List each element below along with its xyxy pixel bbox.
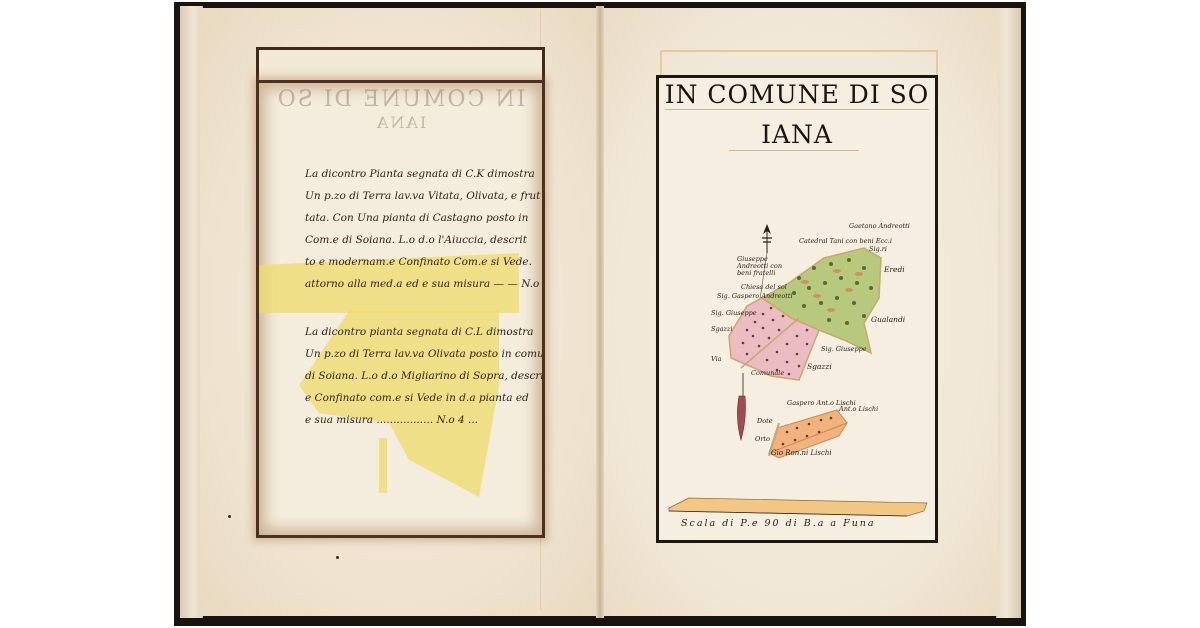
label-dote: Dote	[757, 418, 773, 425]
label-giuseppe-left: Sig. Giuseppe	[711, 310, 757, 317]
label-eredi: Eredi	[884, 266, 905, 273]
label-sig-giuseppe-right: Sig. Giuseppe	[821, 346, 867, 353]
yellow-wash-stem	[379, 438, 387, 493]
label-via: Via	[711, 356, 722, 363]
label-lischi-right: Ant.o Lischi	[839, 406, 878, 413]
manuscript-text-frame: IN COMUNE DI SO IANA La dicontro Pianta …	[256, 80, 545, 538]
label-sgazzi-right: Sgazzi	[807, 363, 832, 370]
entry-1-line: Com.e di Soiana. L.o d.o l'Aiuccia, desc…	[305, 229, 533, 251]
entry-2-line: e Confinato com.e si Vede in d.a pianta …	[305, 387, 533, 409]
estate-map	[659, 78, 935, 540]
entry-2-line: e sua misura ................. N.o 4 ...	[305, 409, 533, 431]
entry-2: La dicontro pianta segnata di C.L dimost…	[305, 321, 533, 431]
label-orto: Orto	[755, 436, 770, 443]
entry-1: La dicontro Pianta segnata di C.K dimost…	[305, 163, 533, 295]
ink-speck	[336, 556, 339, 559]
label-gualandi: Gualandi	[871, 316, 905, 323]
mirrored-title-line-2: IANA	[259, 113, 542, 132]
label-giuseppe-andreotti: Giuseppe Andreotti con beni fratelli	[737, 256, 785, 277]
entry-1-last-line: attorno alla med.a ed e sua misura	[305, 278, 490, 290]
label-comunale: Comunale	[751, 370, 784, 377]
scale-bar	[669, 498, 927, 516]
book-spine	[596, 6, 604, 618]
cover-edge-right	[996, 8, 1021, 618]
entry-1-line: La dicontro Pianta segnata di C.K dimost…	[305, 163, 533, 185]
entry-1-line: attorno alla med.a ed e sua misura — — N…	[305, 273, 533, 295]
entry-1-measure: N.o 18 14	[521, 278, 545, 290]
entry-1-line: to e modernam.e Confinato Com.e si Vede.	[305, 251, 533, 273]
scale-caption: Scala di P.e 90 di B.a a Funa	[681, 518, 911, 529]
entry-2-measure: N.o 4 ...	[436, 414, 478, 426]
entry-1-line: tata. Con Una pianta di Castagno posto i…	[305, 207, 533, 229]
entry-2-line: di Soiana. L.o d.o Migliarino di Sopra, …	[305, 365, 533, 387]
label-sig-top: Sig.ri	[869, 246, 887, 253]
mirrored-title-line-1: IN COMUNE DI SO	[259, 87, 542, 112]
label-gaetano: Gaetano Andreotti	[849, 223, 910, 230]
label-gaspero: Sig. Gaspero Andreotti	[717, 293, 793, 300]
ink-speck	[228, 515, 231, 518]
label-chiesa: Chiesa del sol	[741, 284, 787, 291]
label-gio-lischi: Gio Ron.ni Lischi	[771, 450, 832, 457]
entry-2-line: Un p.zo di Terra lav.va Olivata posto in…	[305, 343, 533, 365]
entry-2-last-line: e sua misura	[305, 414, 373, 426]
entry-2-line: La dicontro pianta segnata di C.L dimost…	[305, 321, 533, 343]
map-frame: IN COMUNE DI SO IANA	[656, 75, 938, 543]
label-sgazzi-left: Sgazzi	[711, 326, 732, 333]
tassel-ornament-icon	[737, 396, 745, 440]
entry-1-line: Un p.zo di Terra lav.va Vitata, Olivata,…	[305, 185, 533, 207]
label-catedral: Catedral Tani con beni Ecc.i	[799, 238, 892, 245]
